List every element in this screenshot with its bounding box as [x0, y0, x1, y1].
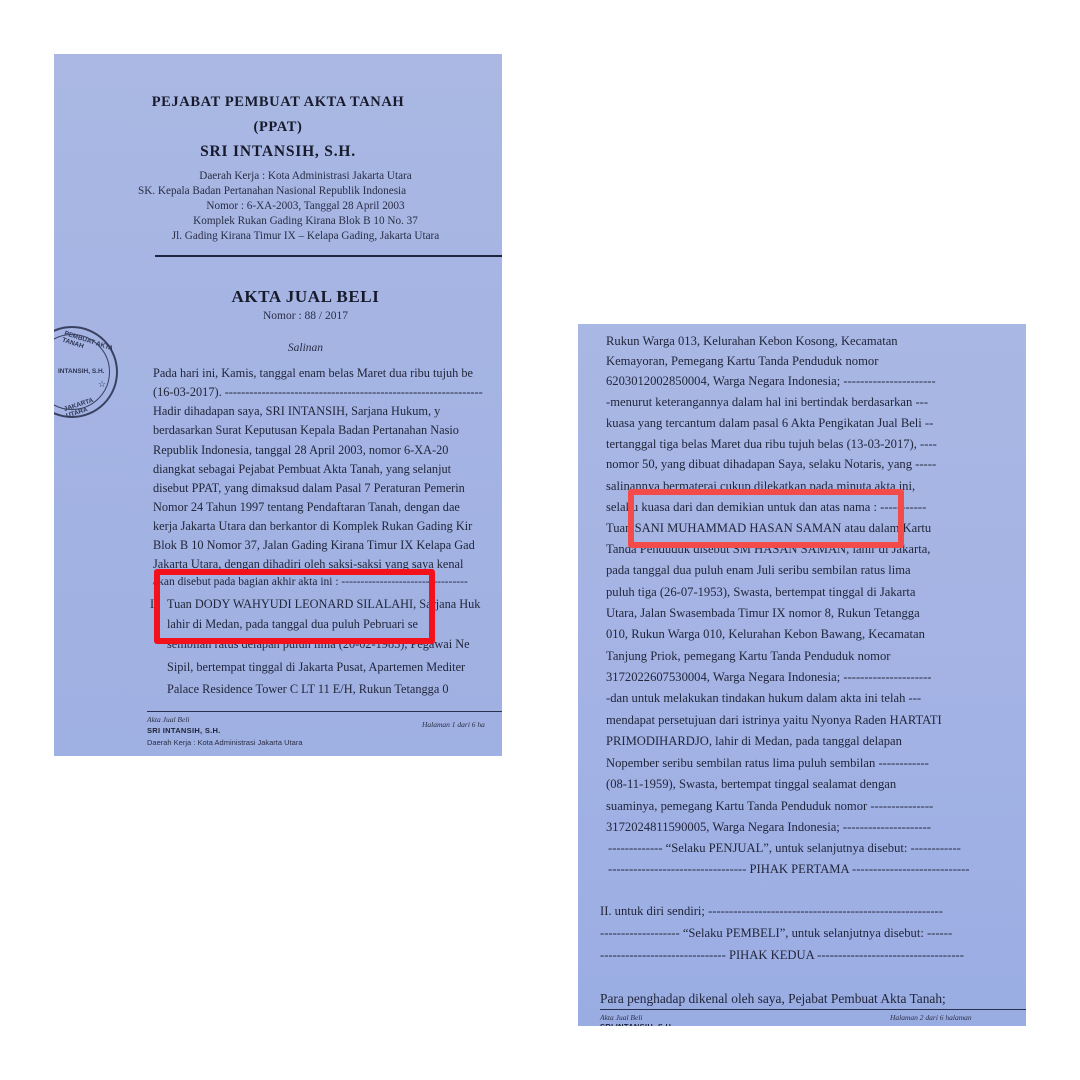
- official-name: SRI INTANSIH, S.H.: [54, 143, 502, 161]
- body-line: puluh tiga (26-07-1953), Swasta, bertemp…: [606, 585, 916, 600]
- decree-line: SK. Kepala Badan Pertanahan Nasional Rep…: [138, 185, 406, 197]
- footer-doc-title: Akta Jual Beli: [147, 715, 189, 724]
- body-line: diangkat sebagai Pejabat Pembuat Akta Ta…: [153, 462, 451, 477]
- footer-doc-title: Akta Jual Beli: [600, 1013, 642, 1022]
- body-line: 6203012002850004, Warga Negara Indonesia…: [606, 374, 936, 389]
- body-line: -menurut keterangannya dalam hal ini ber…: [606, 395, 928, 410]
- body-line: pada tanggal dua puluh enam Juli seribu …: [606, 563, 911, 578]
- deed-title: AKTA JUAL BELI: [54, 287, 502, 307]
- decree-number: Nomor : 6-XA-2003, Tanggal 28 April 2003: [54, 200, 502, 212]
- body-line: Kemayoran, Pemegang Kartu Tanda Penduduk…: [606, 354, 878, 369]
- body-line: Blok B 10 Nomor 37, Jalan Gading Kirana …: [153, 538, 475, 553]
- first-party-label: --------------------------------- PIHAK …: [608, 862, 969, 877]
- work-area: Daerah Kerja : Kota Administrasi Jakarta…: [54, 170, 502, 182]
- office-abbreviation: (PPAT): [54, 119, 502, 136]
- body-line: kerja Jakarta Utara dan berkantor di Kom…: [153, 519, 472, 534]
- body-line: Nomor 24 Tahun 1997 tentang Pendaftaran …: [153, 500, 460, 515]
- footer-page-number: Halaman 1 dari 6 ha: [422, 720, 485, 729]
- footer-divider: [147, 711, 502, 712]
- highlight-box-seller-name: [154, 569, 435, 644]
- body-line: disebut PPAT, yang dimaksud dalam Pasal …: [153, 481, 465, 496]
- footer-official-name: SRI INTANSIH, S.H.: [147, 726, 221, 735]
- body-line: Nopember seribu sembilan ratus lima pulu…: [606, 756, 929, 771]
- official-stamp: PEMBUAT AKTA TANAH INTANSIH, S.H. JAKART…: [54, 326, 118, 418]
- buyer-designation: ------------------- “Selaku PEMBELI”, un…: [600, 926, 952, 941]
- body-line: PRIMODIHARDJO, lahir di Medan, pada tang…: [606, 734, 902, 749]
- header-divider: [155, 255, 502, 257]
- closing-statement: Para penghadap dikenal oleh saya, Pejaba…: [600, 991, 946, 1007]
- footer-work-area: Daerah Kerja : Kota Administrasi Jakarta…: [147, 738, 303, 747]
- office-title: PEJABAT PEMBUAT AKTA TANAH: [54, 94, 502, 111]
- document-page-1: PEJABAT PEMBUAT AKTA TANAH (PPAT) SRI IN…: [54, 54, 502, 756]
- body-line: Palace Residence Tower C LT 11 E/H, Ruku…: [167, 682, 449, 697]
- body-line: 010, Rukun Warga 010, Kelurahan Kebon Ba…: [606, 627, 925, 642]
- body-line: (16-03-2017). --------------------------…: [153, 385, 483, 400]
- body-line: (08-11-1959), Swasta, bertempat tinggal …: [606, 777, 896, 792]
- body-line: berdasarkan Surat Keputusan Kepala Badan…: [153, 423, 459, 438]
- body-line: Tanjung Priok, pemegang Kartu Tanda Pend…: [606, 649, 890, 664]
- office-address-1: Komplek Rukan Gading Kirana Blok B 10 No…: [54, 215, 502, 227]
- deed-number: Nomor : 88 / 2017: [54, 310, 502, 322]
- body-line: Utara, Jalan Swasembada Timur IX nomor 8…: [606, 606, 920, 621]
- document-page-2: Rukun Warga 013, Kelurahan Kebon Kosong,…: [578, 324, 1026, 1026]
- footer-official-name: SRI INTANSIH, S.H.: [600, 1022, 674, 1026]
- body-line: mendapat persetujuan dari istrinya yaitu…: [606, 713, 942, 728]
- body-line: Pada hari ini, Kamis, tanggal enam belas…: [153, 366, 473, 381]
- body-line: -dan untuk melakukan tindakan hukum dala…: [606, 691, 921, 706]
- body-line: Hadir dihadapan saya, SRI INTANSIH, Sarj…: [153, 404, 440, 419]
- footer-divider: [600, 1009, 1026, 1010]
- second-party-label: ------------------------------ PIHAK KED…: [600, 948, 964, 963]
- body-line: kuasa yang tercantum dalam pasal 6 Akta …: [606, 416, 933, 431]
- highlight-box-attorney-name: [628, 489, 904, 548]
- footer-page-number: Halaman 2 dari 6 halaman: [890, 1013, 972, 1022]
- star-icon: ☆: [98, 380, 106, 390]
- buyer-item: II. untuk diri sendiri; ----------------…: [600, 904, 943, 919]
- body-line: 3172024811590005, Warga Negara Indonesia…: [606, 820, 931, 835]
- body-line: tertanggal tiga belas Maret dua ribu tuj…: [606, 437, 937, 452]
- body-line: Republik Indonesia, tanggal 28 April 200…: [153, 443, 448, 458]
- office-address-2: Jl. Gading Kirana Timur IX – Kelapa Gadi…: [54, 230, 502, 242]
- copy-label: Salinan: [54, 342, 502, 354]
- body-line: Sipil, bertempat tinggal di Jakarta Pusa…: [167, 660, 465, 675]
- body-line: Rukun Warga 013, Kelurahan Kebon Kosong,…: [606, 334, 898, 349]
- body-line: nomor 50, yang dibuat dihadapan Saya, se…: [606, 457, 936, 472]
- body-line: 3172022607530004, Warga Negara Indonesia…: [606, 670, 931, 685]
- body-line: suaminya, pemegang Kartu Tanda Penduduk …: [606, 799, 933, 814]
- seller-designation: ------------- “Selaku PENJUAL”, untuk se…: [608, 841, 961, 856]
